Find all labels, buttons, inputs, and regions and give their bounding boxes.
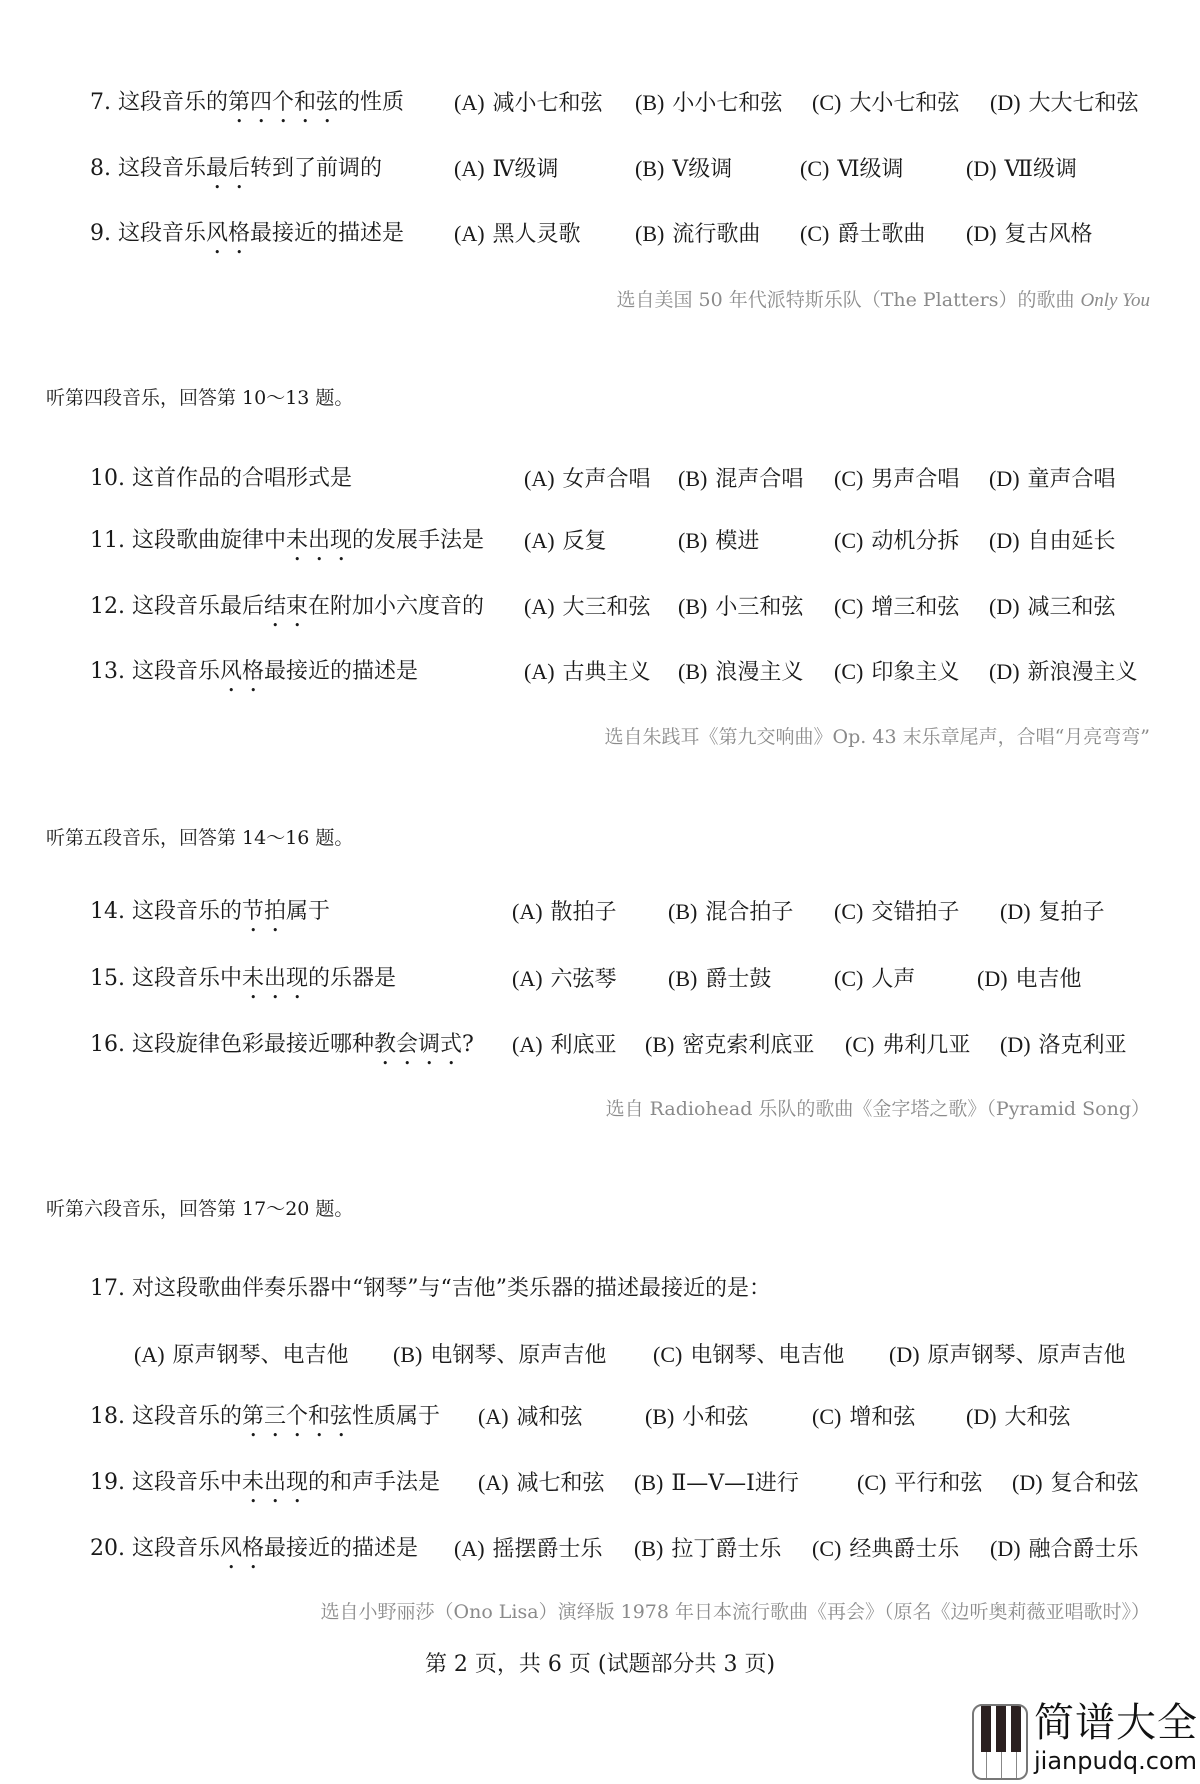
option-d: (D)大和弦 bbox=[966, 1402, 1071, 1433]
option-b: (B)拉丁爵士乐 bbox=[634, 1534, 781, 1565]
option-a: (A)六弦琴 bbox=[512, 964, 617, 995]
piano-keys-icon bbox=[972, 1704, 1028, 1780]
question-stem: 7. 这段音乐的第四个和弦的性质 bbox=[90, 88, 404, 128]
question-stem: 18. 这段音乐的第三个和弦性质属于 bbox=[90, 1402, 440, 1442]
option-c: (C)人声 bbox=[834, 964, 915, 995]
question-stem: 10. 这首作品的合唱形式是 bbox=[90, 464, 352, 504]
option-c: (C)电钢琴、电吉他 bbox=[653, 1340, 844, 1371]
option-a: (A)女声合唱 bbox=[524, 464, 651, 495]
option-a: (A)Ⅳ级调 bbox=[454, 154, 559, 185]
option-b: (B)电钢琴、原声吉他 bbox=[393, 1340, 606, 1371]
question-stem: 14. 这段音乐的节拍属于 bbox=[90, 897, 330, 937]
option-d: (D)原声钢琴、原声吉他 bbox=[889, 1340, 1126, 1371]
source-citation: 选自朱践耳《第九交响曲》Op. 43 末乐章尾声，合唱“月亮弯弯” bbox=[605, 723, 1150, 751]
question-stem: 12. 这段音乐最后结束在附加小六度音的 bbox=[90, 592, 484, 632]
option-d: (D)新浪漫主义 bbox=[989, 657, 1138, 688]
option-c: (C)弗利几亚 bbox=[845, 1030, 970, 1061]
question-stem: 8. 这段音乐最后转到了前调的 bbox=[90, 154, 382, 194]
option-c: (C)Ⅵ级调 bbox=[800, 154, 903, 185]
option-c: (C)交错拍子 bbox=[834, 897, 959, 928]
option-d: (D)洛克利亚 bbox=[1000, 1030, 1127, 1061]
emphasized-text: 最后 bbox=[206, 156, 250, 181]
option-a: (A)摇摆爵士乐 bbox=[454, 1534, 603, 1565]
question-stem: 20. 这段音乐风格最接近的描述是 bbox=[90, 1534, 418, 1574]
question-stem: 15. 这段音乐中未出现的乐器是 bbox=[90, 964, 396, 1004]
option-b: (B)Ⅱ—Ⅴ—Ⅰ进行 bbox=[634, 1468, 799, 1499]
option-a: (A)减和弦 bbox=[478, 1402, 583, 1433]
question-stem: 16. 这段旋律色彩最接近哪种教会调式? bbox=[90, 1030, 474, 1070]
question-stem: 11. 这段歌曲旋律中未出现的发展手法是 bbox=[90, 526, 484, 566]
question-stem: 13. 这段音乐风格最接近的描述是 bbox=[90, 657, 418, 697]
source-citation: 选自 Radiohead 乐队的歌曲《金字塔之歌》（Pyramid Song） bbox=[606, 1095, 1150, 1123]
option-b: (B)爵士鼓 bbox=[668, 964, 771, 995]
option-c: (C)经典爵士乐 bbox=[812, 1534, 959, 1565]
option-d: (D)Ⅶ级调 bbox=[966, 154, 1077, 185]
option-c: (C)平行和弦 bbox=[857, 1468, 982, 1499]
option-b: (B)浪漫主义 bbox=[678, 657, 803, 688]
source-citation: 选自小野丽莎（Ono Lisa）演绎版 1978 年日本流行歌曲《再会》（原名《… bbox=[321, 1598, 1151, 1626]
emphasized-text: 第四个和弦 bbox=[228, 90, 338, 115]
emphasized-text: 风格 bbox=[206, 221, 250, 246]
question-stem: 19. 这段音乐中未出现的和声手法是 bbox=[90, 1468, 440, 1508]
option-a: (A)减小七和弦 bbox=[454, 88, 603, 119]
option-d: (D)电吉他 bbox=[977, 964, 1082, 995]
option-d: (D)复拍子 bbox=[1000, 897, 1105, 928]
brand-url: jianpudq.com bbox=[1034, 1746, 1197, 1776]
option-c: (C)印象主义 bbox=[834, 657, 959, 688]
option-d: (D)童声合唱 bbox=[989, 464, 1116, 495]
option-d: (D)融合爵士乐 bbox=[990, 1534, 1139, 1565]
option-b: (B)小三和弦 bbox=[678, 592, 803, 623]
option-d: (D)自由延长 bbox=[989, 526, 1116, 557]
option-c: (C)男声合唱 bbox=[834, 464, 959, 495]
option-a: (A)古典主义 bbox=[524, 657, 651, 688]
option-a: (A)黑人灵歌 bbox=[454, 219, 581, 250]
question-stem: 9. 这段音乐风格最接近的描述是 bbox=[90, 219, 404, 259]
option-b: (B)混合拍子 bbox=[668, 897, 793, 928]
question-stem: 17. 对这段歌曲伴奏乐器中“钢琴”与“吉他”类乐器的描述最接近的是： bbox=[90, 1274, 771, 1304]
section-heading-5: 听第五段音乐，回答第 14～16 题。 bbox=[46, 824, 353, 852]
option-a: (A)大三和弦 bbox=[524, 592, 651, 623]
option-a: (A)原声钢琴、电吉他 bbox=[134, 1340, 349, 1371]
section-heading-6: 听第六段音乐，回答第 17～20 题。 bbox=[46, 1195, 353, 1223]
option-c: (C)大小七和弦 bbox=[812, 88, 959, 119]
option-b: (B)混声合唱 bbox=[678, 464, 803, 495]
option-d: (D)大大七和弦 bbox=[990, 88, 1139, 119]
option-a: (A)减七和弦 bbox=[478, 1468, 605, 1499]
option-b: (B)小小七和弦 bbox=[635, 88, 782, 119]
option-c: (C)动机分拆 bbox=[834, 526, 959, 557]
source-citation: 选自美国 50 年代派特斯乐队（The Platters）的歌曲 Only Yo… bbox=[616, 286, 1150, 315]
option-d: (D)减三和弦 bbox=[989, 592, 1116, 623]
option-a: (A)利底亚 bbox=[512, 1030, 617, 1061]
option-c: (C)增和弦 bbox=[812, 1402, 915, 1433]
option-d: (D)复古风格 bbox=[966, 219, 1093, 250]
option-a: (A)反复 bbox=[524, 526, 607, 557]
option-b: (B)小和弦 bbox=[645, 1402, 748, 1433]
option-c: (C)增三和弦 bbox=[834, 592, 959, 623]
option-b: (B)密克索利底亚 bbox=[645, 1030, 814, 1061]
option-d: (D)复合和弦 bbox=[1012, 1468, 1139, 1499]
section-heading-4: 听第四段音乐，回答第 10～13 题。 bbox=[46, 384, 353, 412]
page-number: 第 2 页，共 6 页 (试题部分共 3 页) bbox=[0, 1650, 1200, 1680]
option-c: (C)爵士歌曲 bbox=[800, 219, 925, 250]
option-a: (A)散拍子 bbox=[512, 897, 617, 928]
watermark-logo: 简谱大全 jianpudq.com bbox=[972, 1700, 1200, 1784]
option-b: (B)流行歌曲 bbox=[635, 219, 760, 250]
option-b: (B)模进 bbox=[678, 526, 759, 557]
brand-name: 简谱大全 bbox=[1034, 1700, 1198, 1746]
option-b: (B)Ⅴ级调 bbox=[635, 154, 732, 185]
